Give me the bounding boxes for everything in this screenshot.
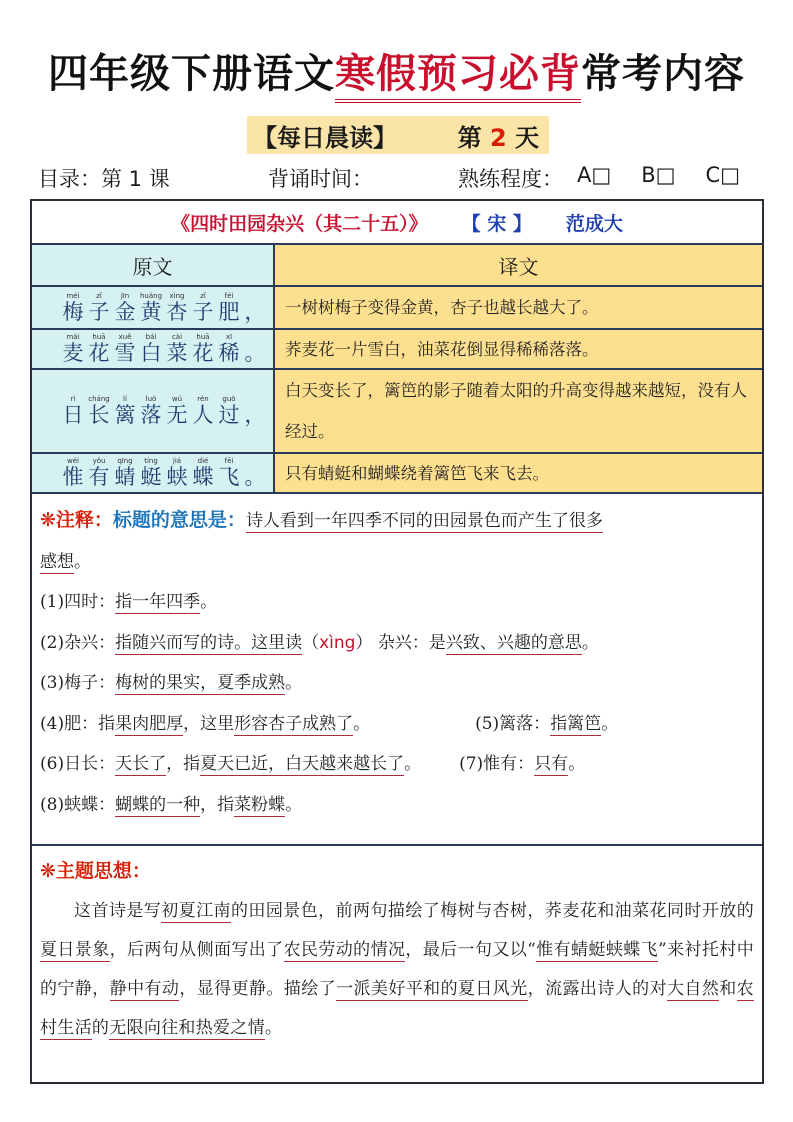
note-item-8: (8)蛱蝶：蝴蝶的一种，指菜粉蝶。 bbox=[40, 785, 754, 826]
title-meaning-label: 标题的意思是： bbox=[113, 509, 246, 531]
translation-line-1: 一树树梅子变得金黄，杏子也越长越大了。 bbox=[275, 287, 762, 330]
translation-line-2: 荞麦花一片雪白，油菜花倒显得稀稀落落。 bbox=[275, 330, 762, 370]
day-counter: 第 2 天 bbox=[458, 118, 539, 153]
proficiency-label: 熟练程度： bbox=[458, 163, 563, 193]
original-line-1: méi梅 zǐ子 jīn金 huáng黄 xìng杏 zǐ子 féi肥 ， bbox=[32, 287, 275, 330]
theme-section: ❋主题思想： 这首诗是写初夏江南的田园景色，前两句描绘了梅树与杏树，荞麦花和油菜… bbox=[32, 846, 762, 1054]
poem-header: 《四时田园杂兴（其二十五）》 【 宋 】 范成大 bbox=[32, 201, 762, 245]
original-line-2: mài麦 huā花 xuě雪 bái白 cài菜 huā花 xī稀 。 bbox=[32, 330, 275, 370]
title-prefix: 四年级下册语文 bbox=[48, 51, 335, 97]
day-prefix: 第 bbox=[458, 124, 482, 152]
note-item-1: (1)四时：指一年四季。 bbox=[40, 582, 754, 623]
day-suffix: 天 bbox=[515, 124, 539, 152]
theme-body: 这首诗是写初夏江南的田园景色，前两句描绘了梅树与杏树，荞麦花和油菜花同时开放的夏… bbox=[40, 892, 754, 1048]
col-header-original: 原文 bbox=[32, 245, 275, 287]
catalog-label: 目录：第 1 课 bbox=[38, 163, 268, 193]
note-item-2: (2)杂兴：指随兴而写的诗。这里读（xìng） 杂兴：是兴致、兴趣的意思。 bbox=[40, 623, 754, 664]
poem-table: 原文 译文 méi梅 zǐ子 jīn金 huáng黄 xìng杏 zǐ子 féi… bbox=[32, 245, 762, 494]
proficiency-option-a[interactable]: A□ bbox=[577, 163, 611, 193]
poem-dynasty: 【 宋 】 bbox=[462, 209, 532, 236]
notes-heading: ❋注释： bbox=[40, 509, 113, 531]
meta-row: 目录：第 1 课 背诵时间： 熟练程度： A□ B□ C□ bbox=[38, 163, 758, 193]
col-header-translation: 译文 bbox=[275, 245, 762, 287]
translation-line-3: 白天变长了，篱笆的影子随着太阳的升高变得越来越短，没有人经过。 bbox=[275, 370, 762, 454]
page-title: 四年级下册语文寒假预习必背常考内容 bbox=[0, 44, 793, 104]
notes-title-line: ❋注释：标题的意思是：诗人看到一年四季不同的田园景色而产生了很多 bbox=[40, 500, 754, 542]
note-item-3: (3)梅子：梅树的果实，夏季成熟。 bbox=[40, 663, 754, 704]
translation-line-4: 只有蜻蜓和蝴蝶绕着篱笆飞来飞去。 bbox=[275, 454, 762, 494]
daily-reading-band: 【每日晨读】 第 2 天 bbox=[247, 116, 549, 154]
theme-heading: ❋主题思想： bbox=[40, 860, 151, 882]
study-sheet: 《四时田园杂兴（其二十五）》 【 宋 】 范成大 原文 译文 méi梅 zǐ子 … bbox=[30, 199, 764, 1084]
note-item-6-7: (6)日长：天长了，指夏天已近，白天越来越长了。(7)惟有：只有。 bbox=[40, 744, 754, 785]
proficiency-option-c[interactable]: C□ bbox=[705, 163, 740, 193]
proficiency-option-b[interactable]: B□ bbox=[641, 163, 675, 193]
original-line-4: wéi惟 yǒu有 qīng蜻 tíng蜓 jiá蛱 dié蝶 fēi飞 。 bbox=[32, 454, 275, 494]
pinyin-xing: xìng bbox=[319, 633, 355, 653]
proficiency-group: 熟练程度： A□ B□ C□ bbox=[458, 163, 758, 193]
original-line-3: rì日 cháng长 lí篱 luò落 wú无 rén人 guò过 ， bbox=[32, 370, 275, 454]
title-suffix: 常考内容 bbox=[581, 51, 745, 97]
notes-section: ❋注释：标题的意思是：诗人看到一年四季不同的田园景色而产生了很多 感想。 (1)… bbox=[32, 494, 762, 846]
poem-title: 《四时田园杂兴（其二十五）》 bbox=[171, 209, 428, 236]
band-label: 【每日晨读】 bbox=[253, 118, 397, 153]
day-number: 2 bbox=[490, 124, 507, 152]
title-highlight: 寒假预习必背 bbox=[335, 51, 581, 103]
recite-time-label: 背诵时间： bbox=[268, 163, 458, 193]
poem-author: 范成大 bbox=[566, 209, 623, 236]
note-item-4-5: (4)肥：指果肉肥厚，这里形容杏子成熟了。(5)篱落：指篱笆。 bbox=[40, 704, 754, 745]
title-meaning-text: 诗人看到一年四季不同的田园景色而产生了很多 bbox=[246, 511, 603, 533]
